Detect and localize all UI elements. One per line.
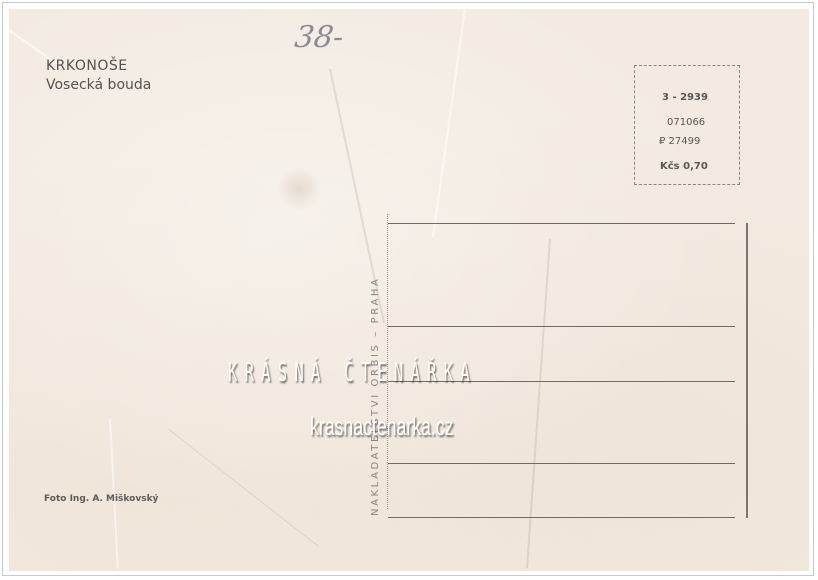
stamp-code: 3 - 2939 (662, 92, 708, 103)
address-border (746, 223, 748, 518)
watermark-title: KRÁSNÁ ČTENÁŘKA (228, 358, 477, 388)
location-title: KRKONOŠE (46, 58, 128, 74)
handwritten-note: 38- (293, 20, 346, 55)
stamp-price: Kčs 0,70 (660, 161, 708, 172)
stamp-box: 3 - 2939 071066 ₽ 27499 Kčs 0,70 (634, 65, 740, 185)
address-line (388, 326, 735, 327)
stamp-print-number: ₽ 27499 (659, 136, 700, 147)
stamp-date-code: 071066 (667, 117, 705, 128)
crease (432, 9, 466, 237)
location-subtitle: Vosecká bouda (46, 77, 151, 93)
photo-credit: Foto Ing. A. Miškovský (44, 494, 158, 504)
crease (526, 239, 551, 568)
address-line (388, 223, 735, 224)
watermark-url: krasnactenarka.cz (310, 411, 453, 442)
address-line (388, 517, 735, 518)
crease (168, 429, 318, 547)
address-line (388, 463, 735, 464)
